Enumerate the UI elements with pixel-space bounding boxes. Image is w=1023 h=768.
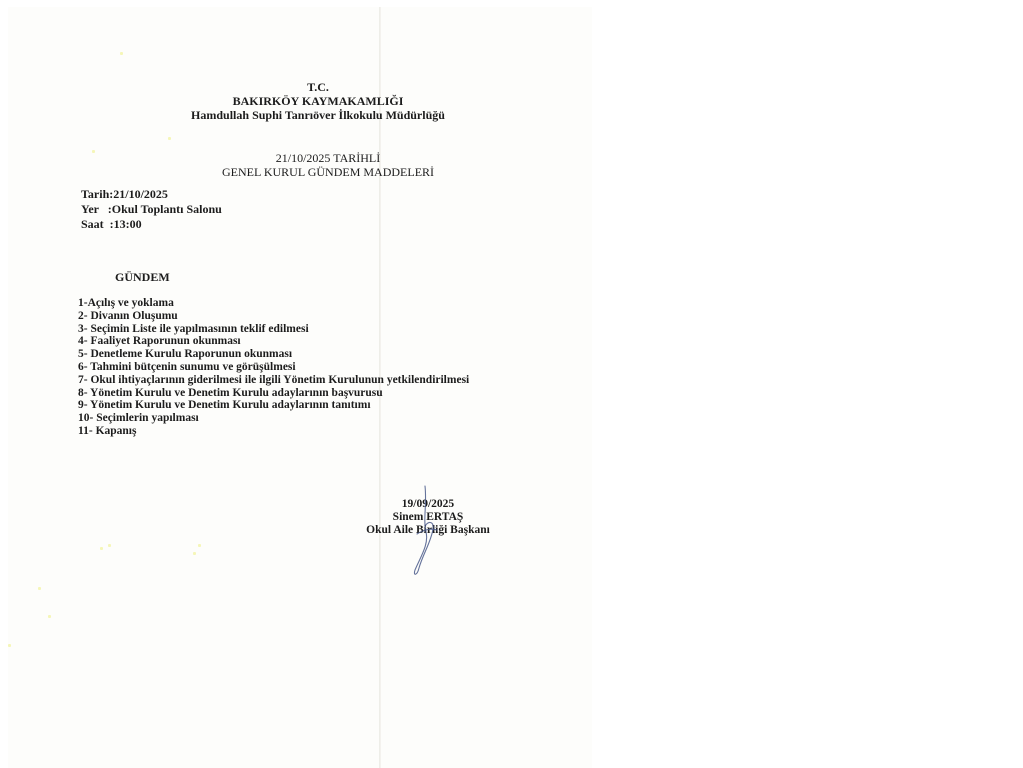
agenda-item: 5- Denetleme Kurulu Raporunun okunması (78, 348, 469, 361)
agenda-item: 1-Açılış ve yoklama (78, 297, 469, 310)
document-title: 21/10/2025 TARİHLİ GENEL KURUL GÜNDEM MA… (178, 151, 478, 179)
title-line-subject: GENEL KURUL GÜNDEM MADDELERİ (178, 165, 478, 179)
meeting-date: Tarih:21/10/2025 (81, 187, 222, 202)
scan-speck (120, 52, 123, 55)
meeting-time: Saat :13:00 (81, 217, 222, 232)
meeting-info: Tarih:21/10/2025 Yer :Okul Toplantı Salo… (81, 187, 222, 232)
agenda-heading: GÜNDEM (115, 270, 170, 285)
scan-speck (193, 552, 196, 555)
scan-speck (92, 150, 95, 153)
agenda-item: 4- Faaliyet Raporunun okunması (78, 335, 469, 348)
scan-speck (108, 544, 111, 547)
institution-header: T.C. BAKIRKÖY KAYMAKAMLIĞI Hamdullah Sup… (168, 80, 468, 122)
title-line-date: 21/10/2025 TARİHLİ (178, 151, 478, 165)
meeting-place: Yer :Okul Toplantı Salonu (81, 202, 222, 217)
agenda-item: 11- Kapanış (78, 425, 469, 438)
scan-speck (168, 137, 171, 140)
scan-speck (38, 587, 41, 590)
agenda-item: 6- Tahmini bütçenin sunumu ve görüşülmes… (78, 361, 469, 374)
agenda-item: 9- Yönetim Kurulu ve Denetim Kurulu aday… (78, 399, 469, 412)
agenda-item: 7- Okul ihtiyaçlarının giderilmesi ile i… (78, 374, 469, 387)
scanned-page: T.C. BAKIRKÖY KAYMAKAMLIĞI Hamdullah Sup… (8, 7, 592, 768)
header-line-school: Hamdullah Suphi Tanrıöver İlkokulu Müdür… (168, 108, 468, 122)
scan-speck (48, 615, 51, 618)
scan-speck (8, 644, 11, 647)
agenda-item: 10- Seçimlerin yapılması (78, 412, 469, 425)
agenda-item: 8- Yönetim Kurulu ve Denetim Kurulu aday… (78, 387, 469, 400)
agenda-item: 3- Seçimin Liste ile yapılmasının teklif… (78, 323, 469, 336)
scan-speck (198, 544, 201, 547)
agenda-item: 2- Divanın Oluşumu (78, 310, 469, 323)
agenda-list: 1-Açılış ve yoklama 2- Divanın Oluşumu 3… (78, 297, 469, 438)
scan-speck (100, 547, 103, 550)
header-line-tc: T.C. (168, 80, 468, 94)
header-line-district: BAKIRKÖY KAYMAKAMLIĞI (168, 94, 468, 108)
handwritten-signature-icon (403, 484, 443, 579)
